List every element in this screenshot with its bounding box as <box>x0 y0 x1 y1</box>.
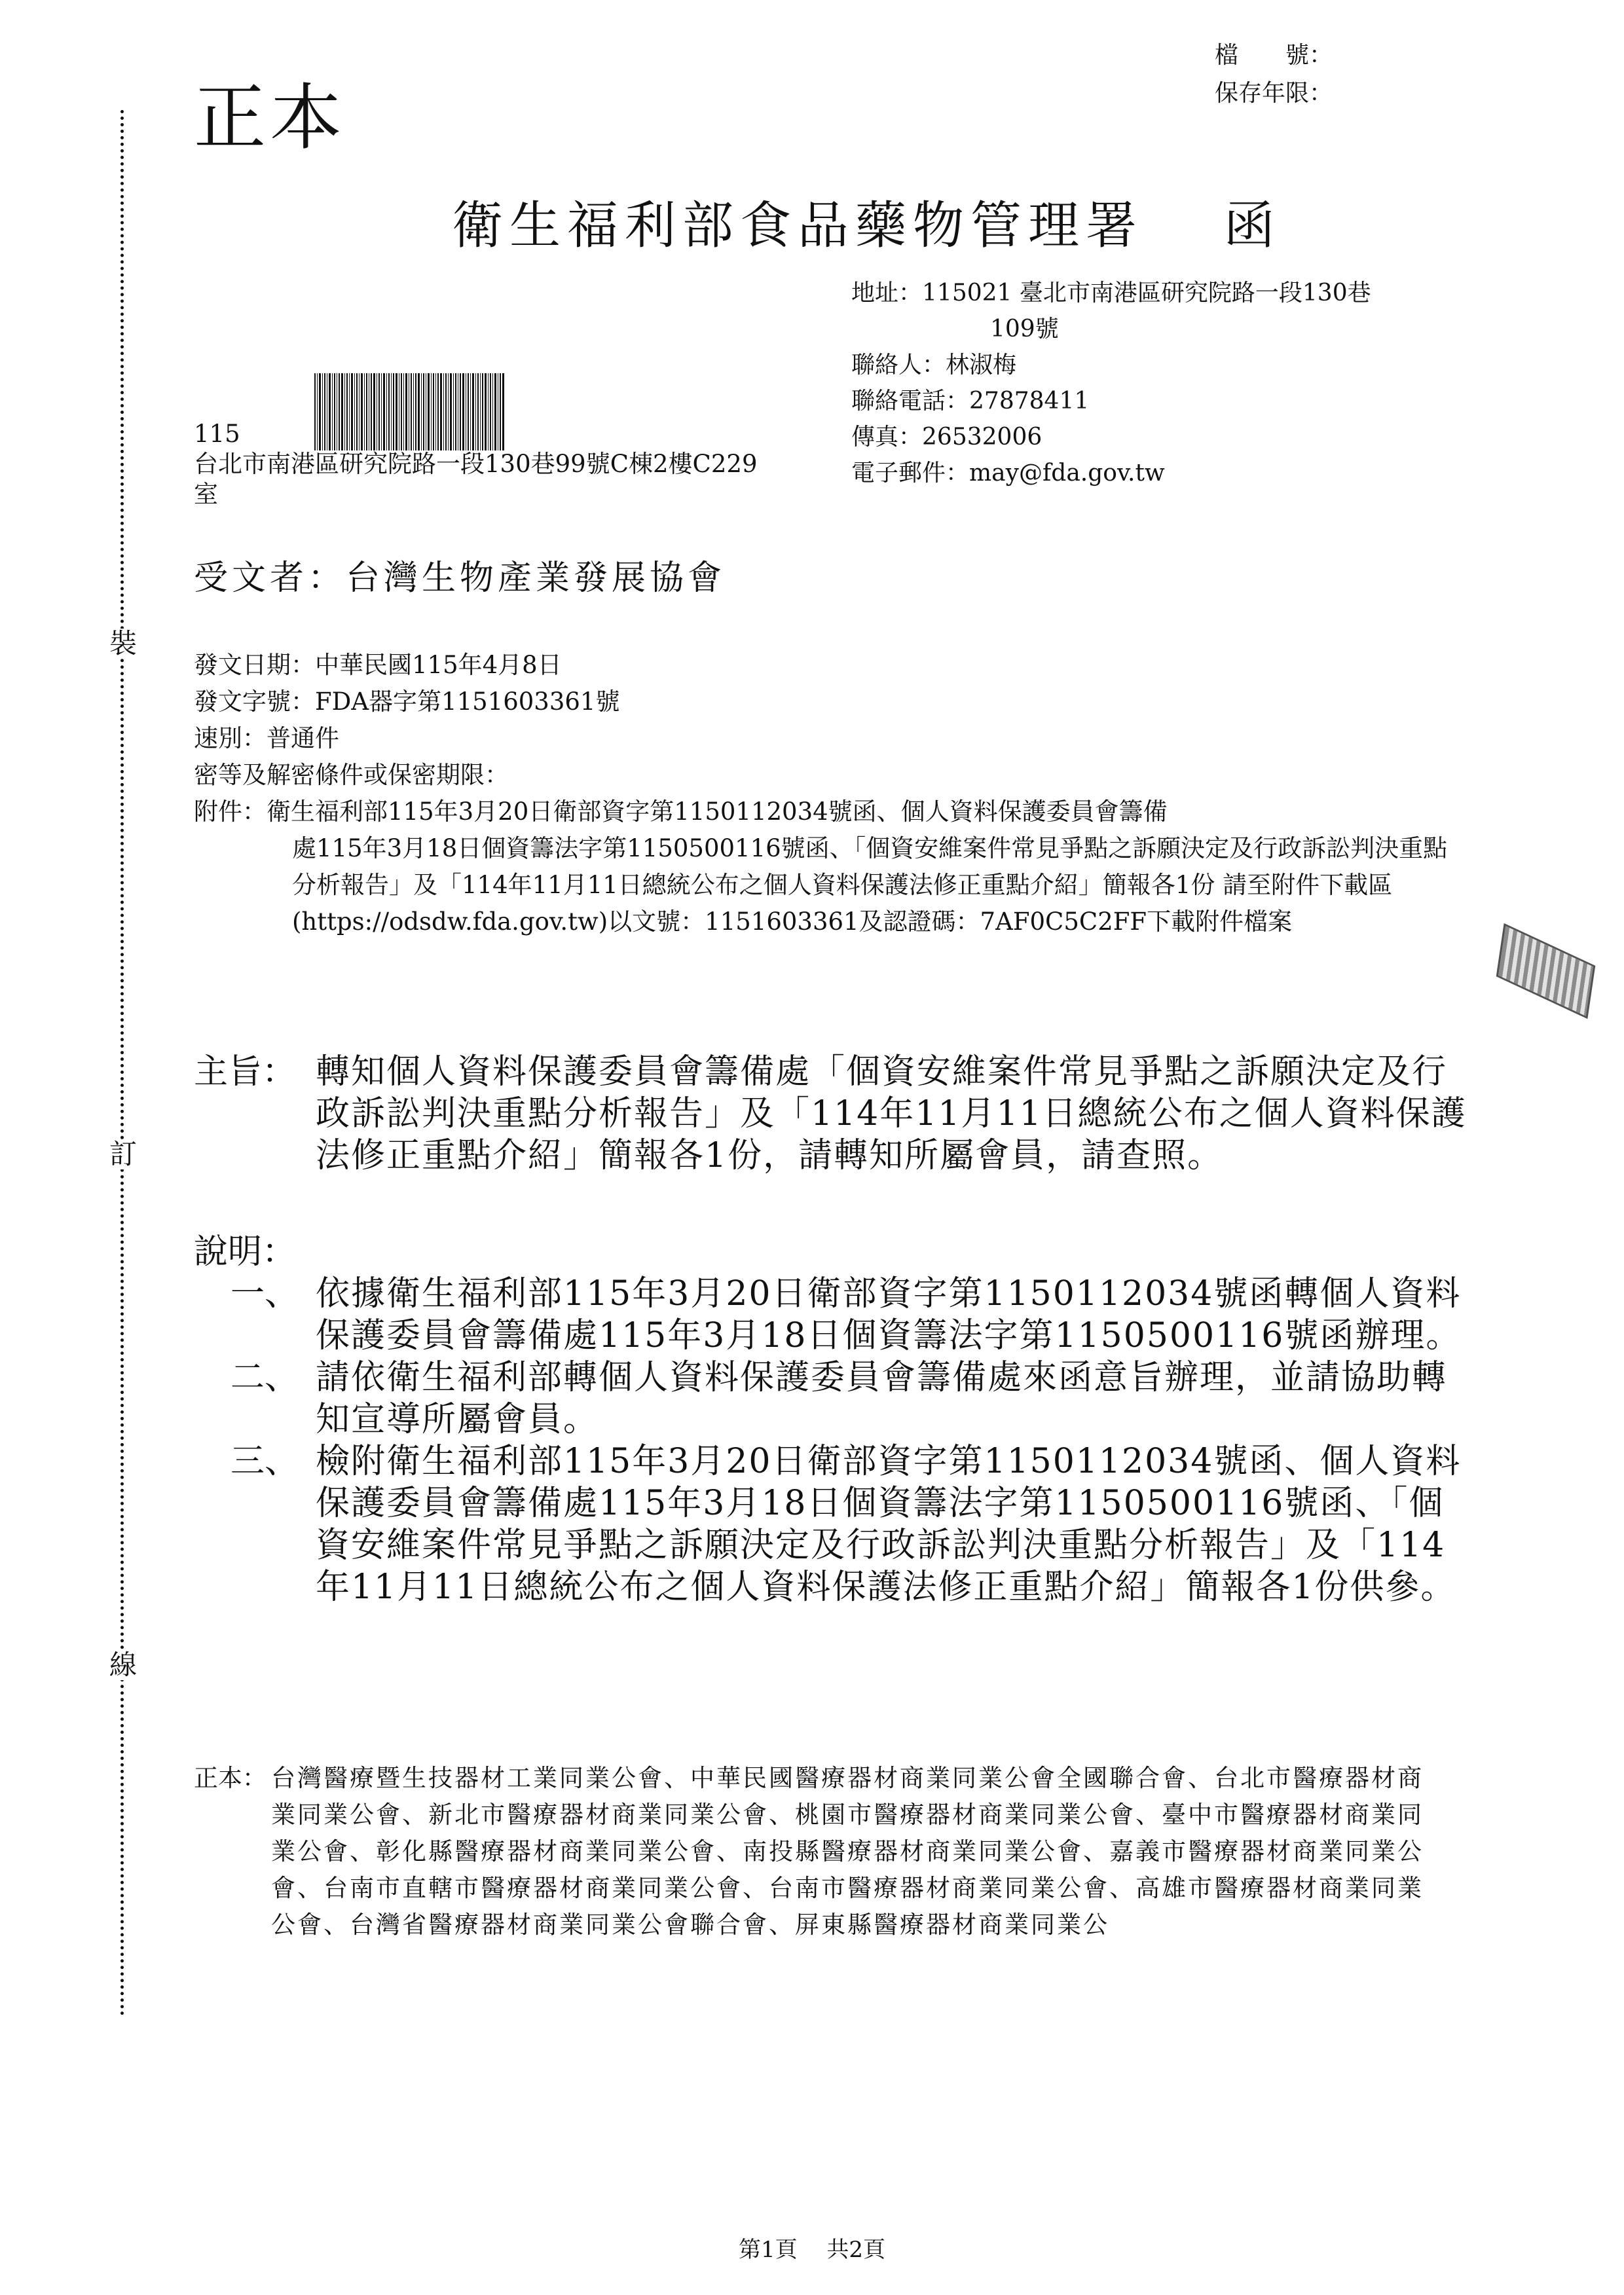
doc-number-label: 發文字號： <box>194 684 315 720</box>
email-row: 電子郵件： may@fda.gov.tw <box>851 455 1371 491</box>
subject-label: 主旨： <box>194 1051 316 1177</box>
issue-date-row: 發文日期： 中華民國115年4月8日 <box>194 647 1471 684</box>
attachment-value: 衛生福利部115年3月20日衛部資字第1150112034號函、個人資料保護委員… <box>267 794 1168 830</box>
doc-number-value: FDA器字第1151603361號 <box>315 684 619 720</box>
sender-contact-block: 地址： 115021 臺北市南港區研究院路一段130巷 109號 聯絡人： 林淑… <box>851 275 1371 491</box>
issue-date-value: 中華民國115年4月8日 <box>315 647 562 684</box>
address-row-cont: 109號 <box>851 311 1371 347</box>
binding-label-ding: 訂 <box>97 1139 149 1169</box>
explanation-item: 三、 檢附衛生福利部115年3月20日衛部資字第1150112034號函、個人資… <box>231 1441 1471 1608</box>
phone-row: 聯絡電話： 27878411 <box>851 383 1371 419</box>
speed-row: 速別： 普通件 <box>194 720 1471 757</box>
page-number: 第1頁 共2頁 <box>0 2231 1624 2264</box>
explanation-section: 說明： 一、 依據衛生福利部115年3月20日衛部資字第1150112034號函… <box>194 1231 1471 1608</box>
contact-person-row: 聯絡人： 林淑梅 <box>851 347 1371 383</box>
binding-label-xian: 線 <box>97 1650 149 1680</box>
document-info-block: 發文日期： 中華民國115年4月8日 發文字號： FDA器字第115160336… <box>194 647 1471 940</box>
binding-dotted-line <box>120 110 124 2017</box>
speed-label: 速別： <box>194 720 267 757</box>
explanation-item-text: 檢附衛生福利部115年3月20日衛部資字第1150112034號函、個人資料保護… <box>316 1441 1471 1608</box>
explanation-item-text: 依據衛生福利部115年3月20日衛部資字第1150112034號函轉個人資料保護… <box>316 1273 1471 1357</box>
address-row: 地址： 115021 臺北市南港區研究院路一段130巷 <box>851 275 1371 311</box>
explanation-label: 說明： <box>194 1231 1471 1273</box>
classification-row: 密等及解密條件或保密期限： <box>194 757 1471 794</box>
seal-stamp-icon <box>1496 923 1596 1019</box>
explanation-item-number: 三、 <box>231 1441 316 1608</box>
address-value: 115021 臺北市南港區研究院路一段130巷 <box>922 275 1371 311</box>
explanation-item-number: 一、 <box>231 1273 316 1357</box>
subject-section: 主旨： 轉知個人資料保護委員會籌備處「個資安維案件常見爭點之訴願決定及行政訴訟判… <box>194 1051 1471 1177</box>
subject-text: 轉知個人資料保護委員會籌備處「個資安維案件常見爭點之訴願決定及行政訴訟判決重點分… <box>316 1051 1471 1177</box>
address-value-cont: 109號 <box>990 311 1059 347</box>
contact-person-label: 聯絡人： <box>851 347 946 383</box>
phone-label: 聯絡電話： <box>851 383 969 419</box>
original-copy-stamp: 正本 <box>194 82 346 154</box>
agency-title: 衛生福利部食品藥物管理署 函 <box>452 185 1282 258</box>
contact-person-value: 林淑梅 <box>946 347 1016 383</box>
explanation-item-number: 二、 <box>231 1357 316 1441</box>
fax-label: 傳真： <box>851 419 922 455</box>
doc-number-row: 發文字號： FDA器字第1151603361號 <box>194 684 1471 720</box>
file-number-label: 檔 號： <box>1215 37 1333 75</box>
retention-period-label: 保存年限： <box>1215 75 1333 113</box>
distribution-section: 正本： 台灣醫療暨生技器材工業同業公會、中華民國醫療器材商業同業公會全國聯合會、… <box>194 1760 1431 1943</box>
classification-label: 密等及解密條件或保密期限： <box>194 757 509 794</box>
issue-date-label: 發文日期： <box>194 647 315 684</box>
explanation-item: 二、 請依衛生福利部轉個人資料保護委員會籌備處來函意旨辦理，並請協助轉知宣導所屬… <box>231 1357 1471 1441</box>
recipient-name: 台灣生物產業發展協會 <box>346 559 726 598</box>
speed-value: 普通件 <box>267 720 339 757</box>
recipient-postal-block: 115 台北市南港區研究院路一段130巷99號C棟2樓C229 室 <box>194 419 849 509</box>
recipient-label: 受文者： <box>194 559 346 598</box>
email-value: may@fda.gov.tw <box>969 455 1165 491</box>
postal-address-line1: 台北市南港區研究院路一段130巷99號C棟2樓C229 <box>194 449 849 479</box>
explanation-item: 一、 依據衛生福利部115年3月20日衛部資字第1150112034號函轉個人資… <box>231 1273 1471 1357</box>
address-label: 地址： <box>851 275 922 311</box>
attachment-row: 附件： 衛生福利部115年3月20日衛部資字第1150112034號函、個人資料… <box>194 794 1471 830</box>
recipient-line: 受文者：台灣生物產業發展協會 <box>194 550 726 599</box>
phone-value: 27878411 <box>969 383 1089 419</box>
postal-code: 115 <box>194 419 849 449</box>
attachment-value-cont: 處115年3月18日個資籌法字第1150500116號函、「個資安維案件常見爭點… <box>194 830 1471 940</box>
attachment-label: 附件： <box>194 794 267 830</box>
postal-address-line2: 室 <box>194 479 849 509</box>
distribution-list: 台灣醫療暨生技器材工業同業公會、中華民國醫療器材商業同業公會全國聯合會、台北市醫… <box>271 1760 1431 1943</box>
distribution-label: 正本： <box>194 1760 271 1943</box>
binding-label-zhuang: 裝 <box>97 629 149 659</box>
file-meta: 檔 號： 保存年限： <box>1215 37 1333 113</box>
email-label: 電子郵件： <box>851 455 969 491</box>
fax-row: 傳真： 26532006 <box>851 419 1371 455</box>
fax-value: 26532006 <box>922 419 1042 455</box>
explanation-item-text: 請依衛生福利部轉個人資料保護委員會籌備處來函意旨辦理，並請協助轉知宣導所屬會員。 <box>316 1357 1471 1441</box>
